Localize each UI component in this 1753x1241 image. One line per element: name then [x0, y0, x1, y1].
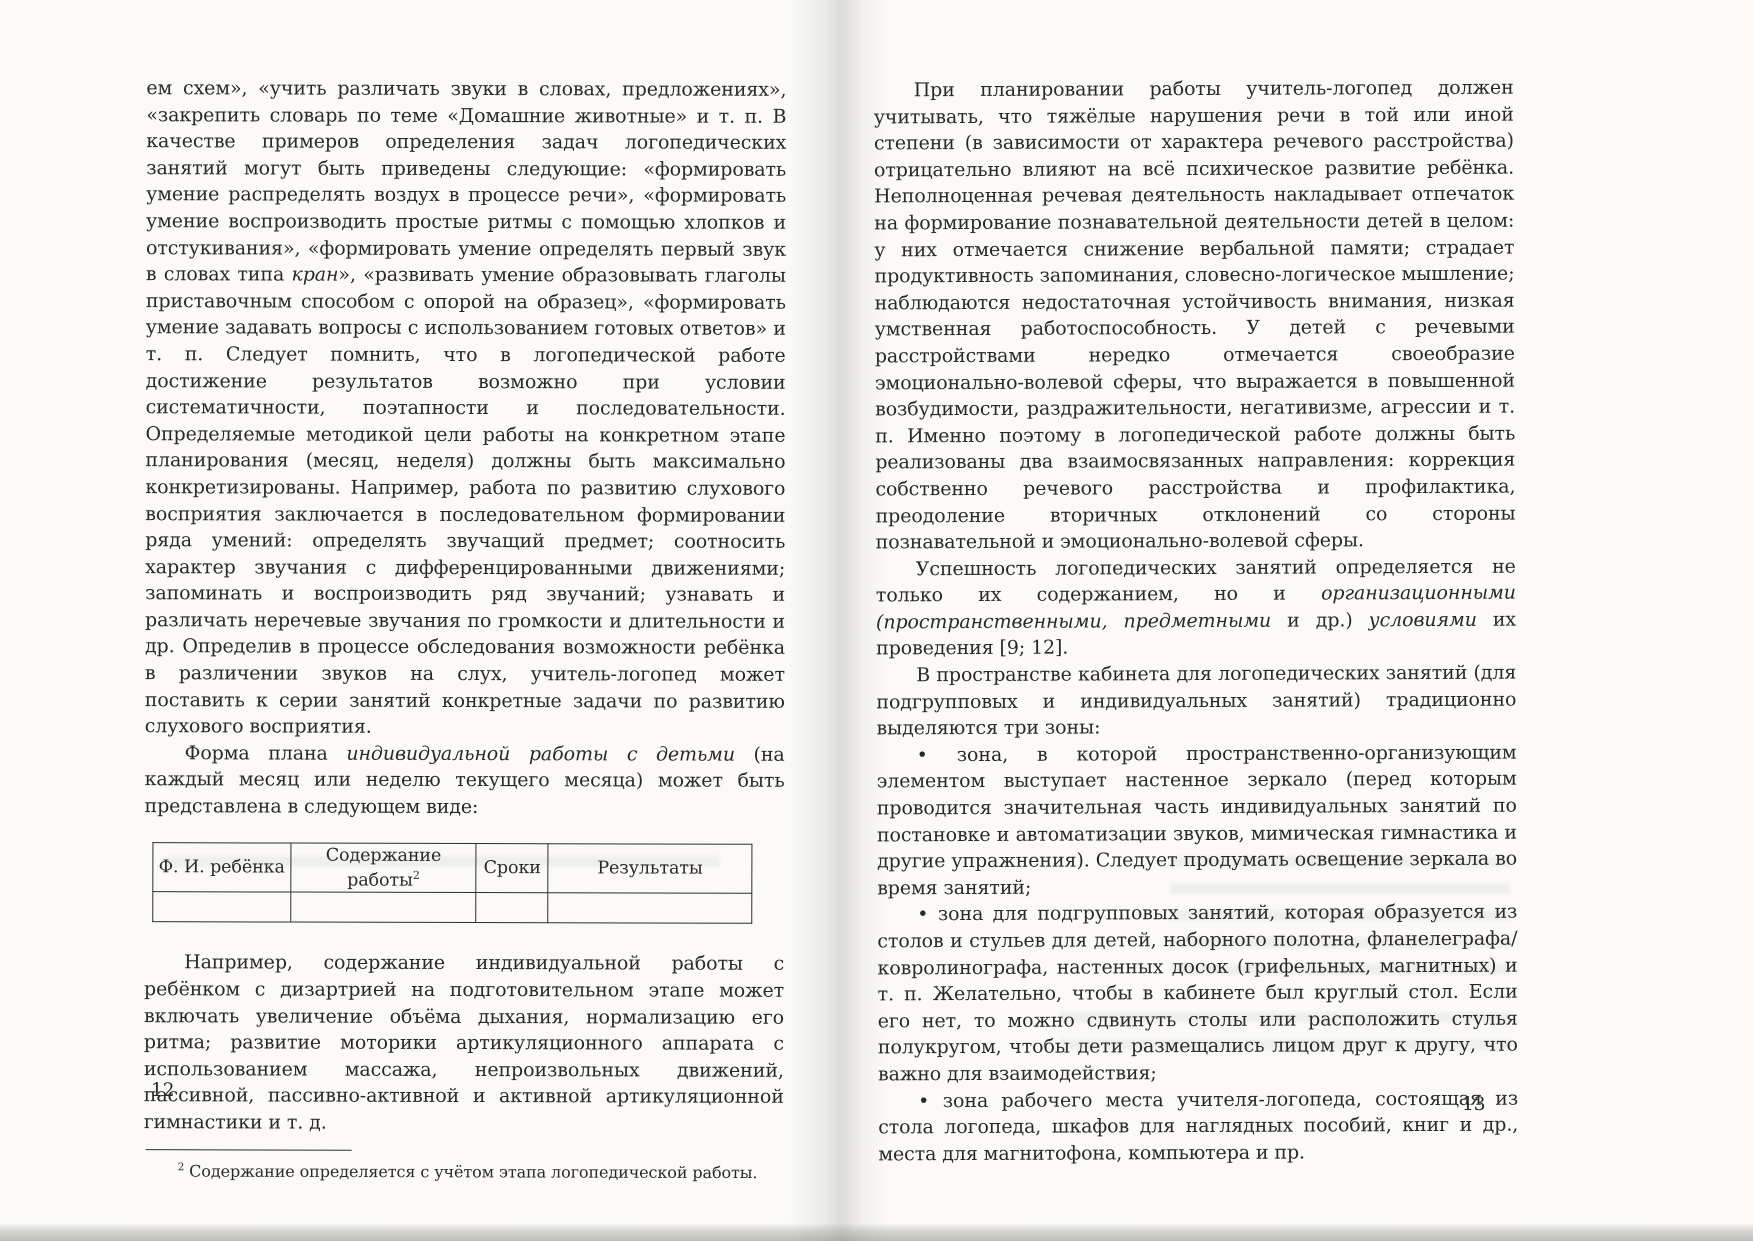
italic-text-run: кран: [291, 264, 338, 286]
text-run: В пространстве кабинета для логопедическ…: [876, 662, 1516, 740]
bullet-dot-icon: •: [917, 744, 957, 766]
italic-text-run: условиями: [1369, 609, 1477, 631]
plan-table-header-cell: Результаты: [548, 843, 752, 893]
text-run: ем схем», «учить различать звуки в слова…: [146, 77, 787, 286]
italic-text-run: индивидуальной работы с детьми: [346, 743, 735, 766]
plan-table-cell: [290, 892, 476, 922]
header-superscript: 2: [413, 868, 420, 881]
text-run: », «развивать умение образовывать глагол…: [145, 264, 786, 738]
bullet-dot-icon: •: [918, 1090, 943, 1112]
left-page-text-column: ем схем», «учить различать звуки в слова…: [144, 75, 787, 1183]
bullet-paragraph: • зона рабочего места учителя-логопеда, …: [878, 1085, 1518, 1168]
plan-table-cell: [153, 892, 291, 922]
paragraph: При планировании работы учитель-логопед …: [874, 75, 1516, 556]
plan-table-header-cell: Сроки: [476, 843, 548, 893]
bullet-paragraph: • зона, в которой пространственно-органи…: [877, 739, 1518, 901]
text-run: зона, в которой пространственно-организу…: [877, 741, 1517, 899]
right-page-paragraphs: При планировании работы учитель-логопед …: [874, 75, 1519, 1168]
footnote-text: Содержание определяется с учётом этапа л…: [184, 1161, 757, 1182]
scanner-bed-edge: [0, 1223, 1753, 1241]
left-page-paragraphs-after-table: Например, содержание индивидуальной рабо…: [144, 950, 784, 1138]
paragraph: В пространстве кабинета для логопедическ…: [876, 660, 1516, 743]
text-run: Форма плана: [185, 742, 347, 764]
text-run: При планировании работы учитель-логопед …: [874, 77, 1516, 554]
paragraph: Форма плана индивидуальной работы с деть…: [144, 740, 784, 821]
page-number-right: 13: [1462, 1094, 1486, 1115]
text-run: Например, содержание индивидуальной рабо…: [144, 952, 784, 1134]
text-run: и др.): [1271, 609, 1369, 631]
individual-work-plan-table: Ф. И. ребёнкаСодержание работы2СрокиРезу…: [152, 842, 752, 924]
paragraph: Успешность логопедических занятий опреде…: [876, 553, 1516, 662]
plan-table-header-cell: Ф. И. ребёнка: [153, 842, 291, 892]
plan-table-empty-row: [153, 892, 752, 924]
page-gutter-shadow: [788, 0, 888, 1241]
paragraph: Например, содержание индивидуальной рабо…: [144, 950, 784, 1138]
footnote: 2 Содержание определяется с учётом этапа…: [144, 1157, 784, 1183]
page-number-left: 12: [151, 1080, 175, 1101]
right-page-text-column: При планировании работы учитель-логопед …: [874, 75, 1519, 1168]
text-run: зона для подгрупповых занятий, которая о…: [877, 901, 1518, 1085]
plan-table-cell: [476, 893, 548, 923]
plan-table-header-cell: Содержание работы2: [291, 843, 477, 893]
bullet-paragraph: • зона для подгрупповых занятий, которая…: [877, 899, 1518, 1088]
bullet-dot-icon: •: [917, 904, 938, 926]
plan-table-cell: [548, 893, 752, 924]
paragraph: ем схем», «учить различать звуки в слова…: [145, 75, 787, 742]
footnote-separator-rule: [146, 1149, 352, 1151]
left-page-paragraphs: ем схем», «учить различать звуки в слова…: [144, 75, 786, 821]
plan-table-body: [153, 892, 752, 924]
plan-table-header-row: Ф. И. ребёнкаСодержание работы2СрокиРезу…: [153, 842, 752, 893]
text-run: зона рабочего места учителя-логопеда, со…: [878, 1087, 1518, 1165]
scanned-book-spread: ем схем», «учить различать звуки в слова…: [0, 0, 1753, 1241]
